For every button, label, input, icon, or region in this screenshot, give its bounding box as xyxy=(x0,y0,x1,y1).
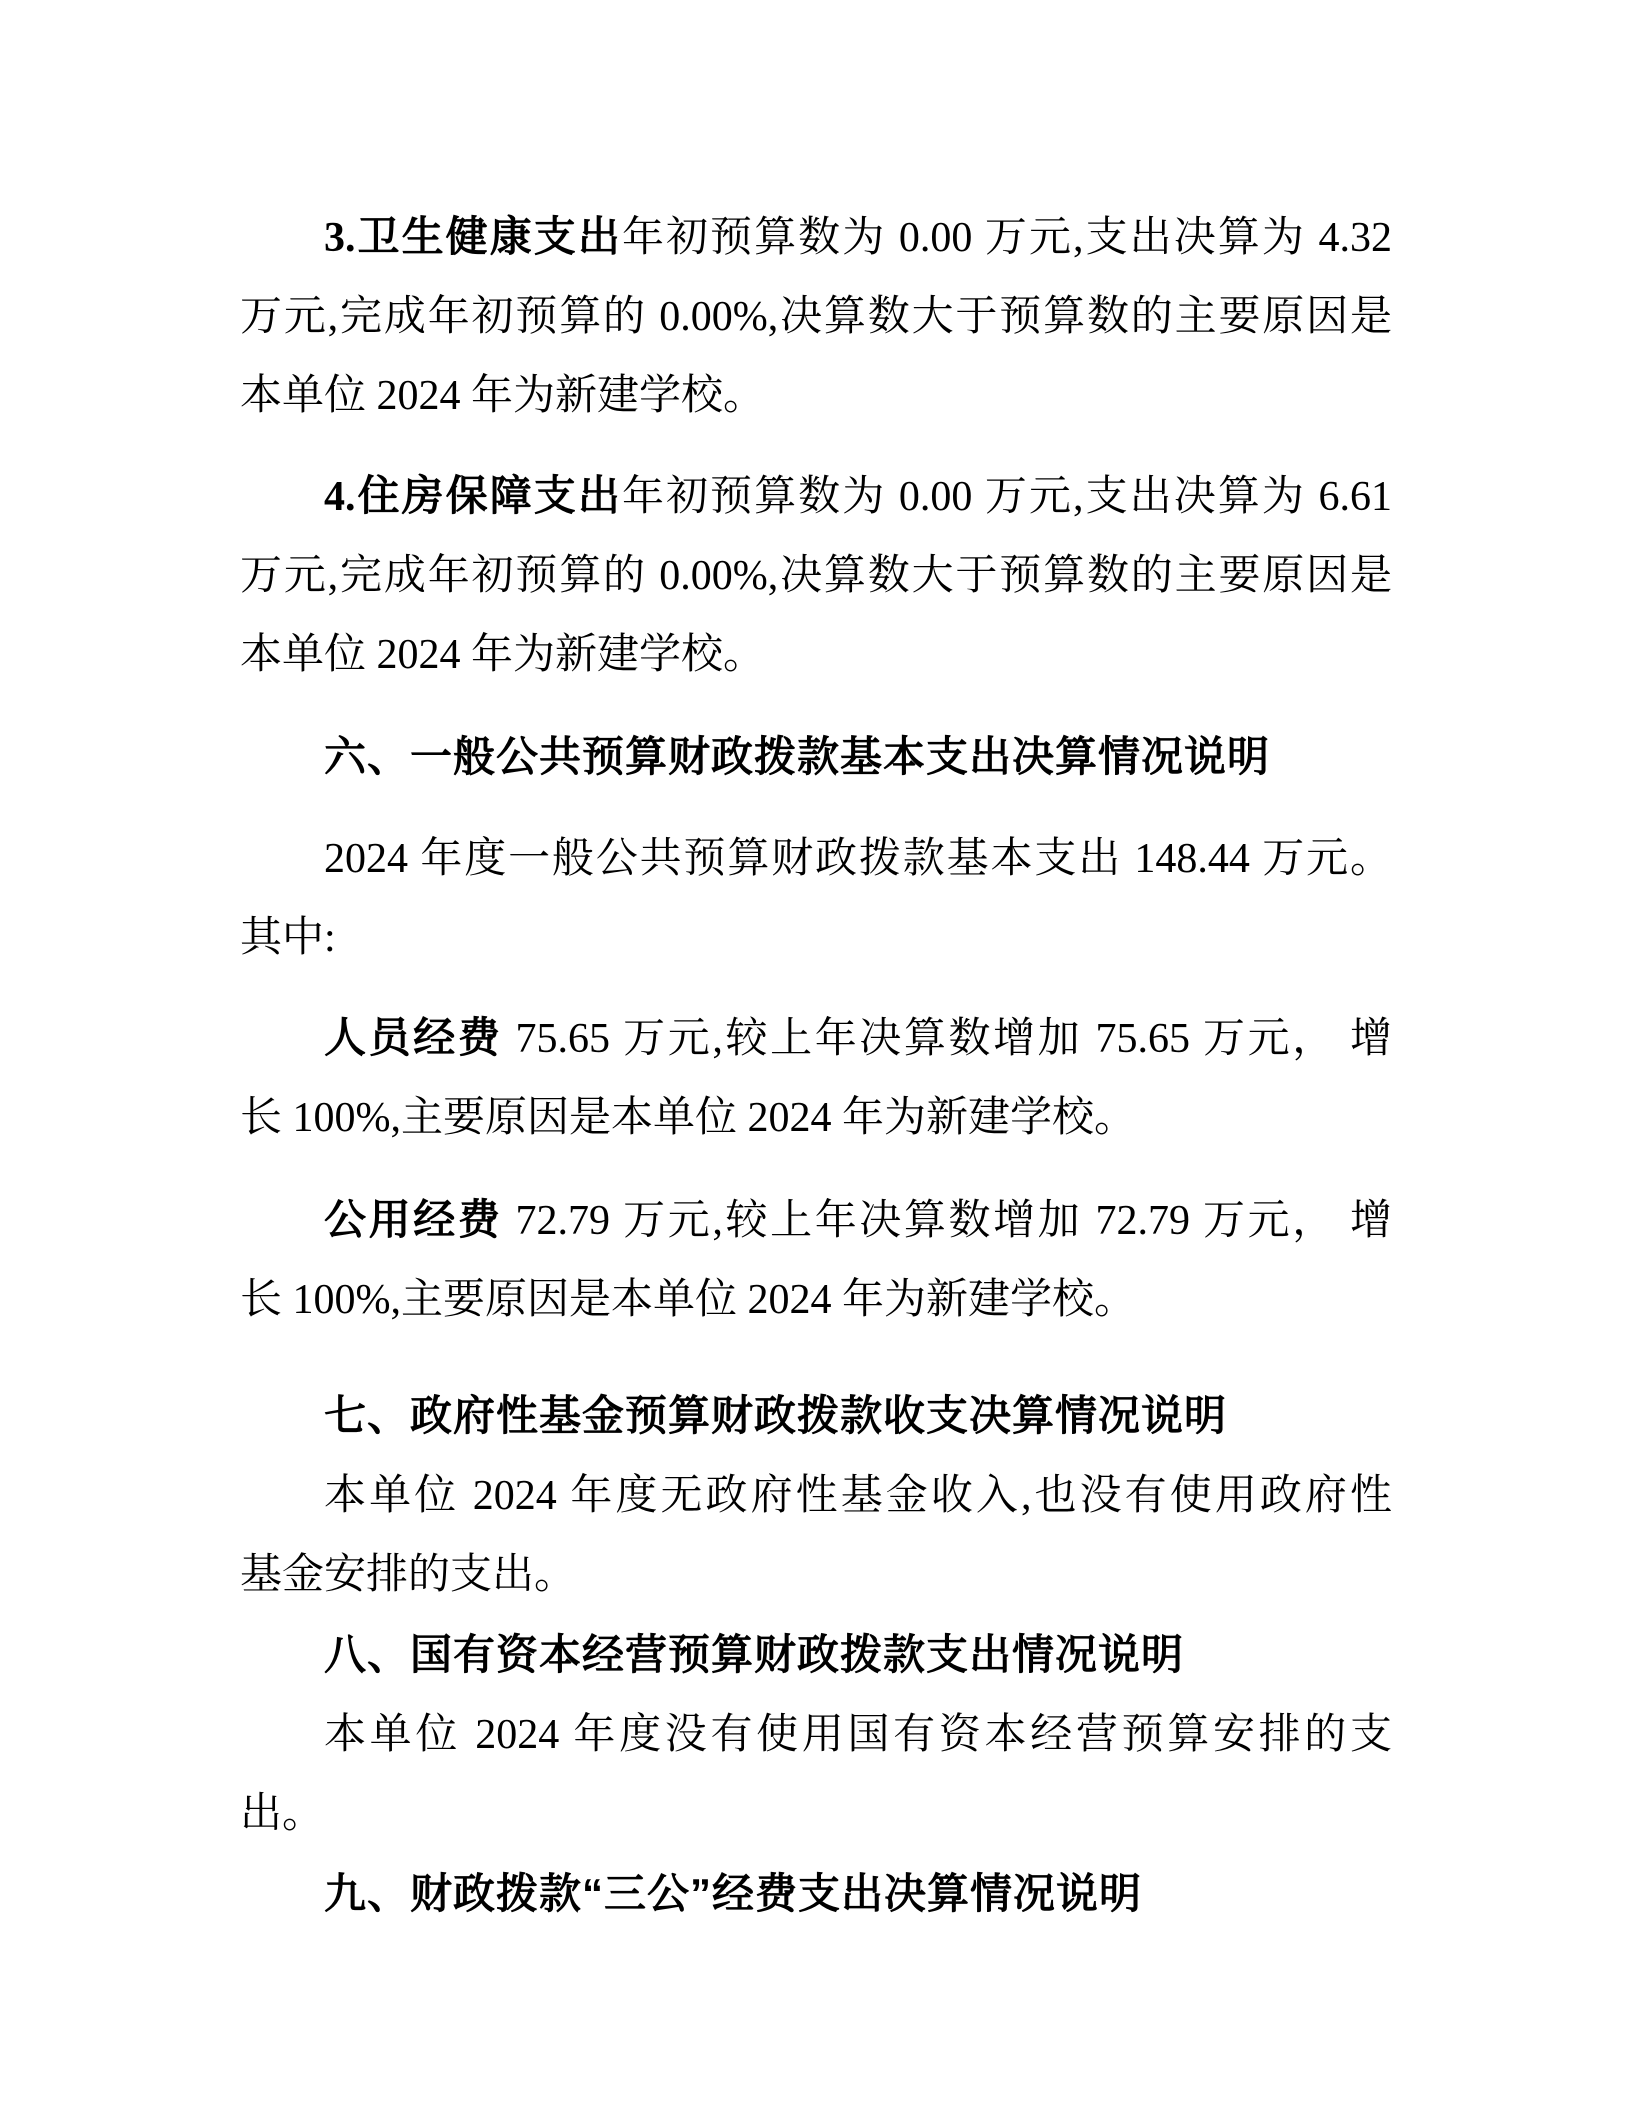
bold-text-segment: 公用经费 xyxy=(324,1198,502,1244)
section-heading: 九、财政拨款“三公”经费支出决算情况说明 xyxy=(240,1854,1392,1935)
document-line: 2024 年度一般公共预算财政拨款基本支出 148.44 万元。 xyxy=(240,820,1392,899)
document-line: 七、政府性基金预算财政拨款收支决算情况说明 xyxy=(240,1376,1392,1457)
document-line: 公用经费 72.79 万元,较上年决算数增加 72.79 万元， 增 xyxy=(240,1182,1392,1261)
bold-text-segment: 人员经费 xyxy=(324,1016,502,1062)
document-content: 3.卫生健康支出年初预算数为 0.00 万元,支出决算为 4.32万元,完成年初… xyxy=(240,199,1392,1935)
document-line: 人员经费 75.65 万元,较上年决算数增加 75.65 万元， 增 xyxy=(240,1000,1392,1079)
text-segment: 长 100%,主要原因是本单位 2024 年为新建学校。 xyxy=(240,1095,1136,1141)
paragraph: 本单位 2024 年度没有使用国有资本经营预算安排的支出。 xyxy=(240,1696,1392,1854)
paragraph: 公用经费 72.79 万元,较上年决算数增加 72.79 万元， 增长 100%… xyxy=(240,1182,1392,1340)
text-segment: 72.79 万元,较上年决算数增加 72.79 万元， 增 xyxy=(502,1198,1392,1244)
text-segment: 本单位 2024 年为新建学校。 xyxy=(240,373,765,419)
document-line: 基金安排的支出。 xyxy=(240,1536,1392,1615)
text-segment: 基金安排的支出。 xyxy=(240,1552,576,1598)
document-line: 本单位 2024 年度没有使用国有资本经营预算安排的支 xyxy=(240,1696,1392,1775)
text-segment: 年初预算数为 0.00 万元,支出决算为 4.32 xyxy=(622,215,1392,261)
text-segment: 2024 年度一般公共预算财政拨款基本支出 148.44 万元。 xyxy=(324,836,1392,882)
document-line: 长 100%,主要原因是本单位 2024 年为新建学校。 xyxy=(240,1261,1392,1340)
document-line: 出。 xyxy=(240,1775,1392,1854)
bold-text-segment: 八、国有资本经营预算财政拨款支出情况说明 xyxy=(324,1631,1184,1678)
document-line: 3.卫生健康支出年初预算数为 0.00 万元,支出决算为 4.32 xyxy=(240,199,1392,278)
document-line: 4.住房保障支出年初预算数为 0.00 万元,支出决算为 6.61 xyxy=(240,458,1392,537)
bold-text-segment: 3.卫生健康支出 xyxy=(324,215,622,261)
text-segment: 长 100%,主要原因是本单位 2024 年为新建学校。 xyxy=(240,1277,1136,1323)
document-line: 本单位 2024 年为新建学校。 xyxy=(240,616,1392,695)
document-line: 九、财政拨款“三公”经费支出决算情况说明 xyxy=(240,1854,1392,1935)
section-heading: 六、一般公共预算财政拨款基本支出决算情况说明 xyxy=(240,717,1392,798)
bold-text-segment: 4.住房保障支出 xyxy=(324,474,622,520)
text-segment: 万元,完成年初预算的 0.00%,决算数大于预算数的主要原因是 xyxy=(240,294,1392,340)
paragraph: 2024 年度一般公共预算财政拨款基本支出 148.44 万元。其中: xyxy=(240,820,1392,978)
text-segment: 本单位 2024 年度无政府性基金收入,也没有使用政府性 xyxy=(324,1473,1392,1519)
document-line: 长 100%,主要原因是本单位 2024 年为新建学校。 xyxy=(240,1079,1392,1158)
bold-text-segment: 七、政府性基金预算财政拨款收支决算情况说明 xyxy=(324,1392,1227,1439)
section-heading: 八、国有资本经营预算财政拨款支出情况说明 xyxy=(240,1615,1392,1696)
text-segment: 其中: xyxy=(240,915,336,961)
text-segment: 万元,完成年初预算的 0.00%,决算数大于预算数的主要原因是 xyxy=(240,553,1392,599)
text-segment: 本单位 2024 年为新建学校。 xyxy=(240,632,765,678)
text-segment: 本单位 2024 年度没有使用国有资本经营预算安排的支 xyxy=(324,1712,1392,1758)
document-line: 本单位 2024 年度无政府性基金收入,也没有使用政府性 xyxy=(240,1457,1392,1536)
document-line: 八、国有资本经营预算财政拨款支出情况说明 xyxy=(240,1615,1392,1696)
document-page: 3.卫生健康支出年初预算数为 0.00 万元,支出决算为 4.32万元,完成年初… xyxy=(0,0,1632,2112)
document-line: 六、一般公共预算财政拨款基本支出决算情况说明 xyxy=(240,717,1392,798)
text-segment: 75.65 万元,较上年决算数增加 75.65 万元， 增 xyxy=(502,1016,1392,1062)
document-line: 万元,完成年初预算的 0.00%,决算数大于预算数的主要原因是 xyxy=(240,278,1392,357)
paragraph: 本单位 2024 年度无政府性基金收入,也没有使用政府性基金安排的支出。 xyxy=(240,1457,1392,1615)
bold-text-segment: 六、一般公共预算财政拨款基本支出决算情况说明 xyxy=(324,733,1270,780)
paragraph: 4.住房保障支出年初预算数为 0.00 万元,支出决算为 6.61万元,完成年初… xyxy=(240,458,1392,695)
section-heading: 七、政府性基金预算财政拨款收支决算情况说明 xyxy=(240,1376,1392,1457)
document-line: 万元,完成年初预算的 0.00%,决算数大于预算数的主要原因是 xyxy=(240,537,1392,616)
paragraph: 人员经费 75.65 万元,较上年决算数增加 75.65 万元， 增长 100%… xyxy=(240,1000,1392,1158)
document-line: 本单位 2024 年为新建学校。 xyxy=(240,357,1392,436)
paragraph: 3.卫生健康支出年初预算数为 0.00 万元,支出决算为 4.32万元,完成年初… xyxy=(240,199,1392,436)
text-segment: 年初预算数为 0.00 万元,支出决算为 6.61 xyxy=(622,474,1392,520)
text-segment: 出。 xyxy=(240,1791,324,1837)
document-line: 其中: xyxy=(240,899,1392,978)
bold-text-segment: 九、财政拨款“三公”经费支出决算情况说明 xyxy=(324,1870,1142,1917)
